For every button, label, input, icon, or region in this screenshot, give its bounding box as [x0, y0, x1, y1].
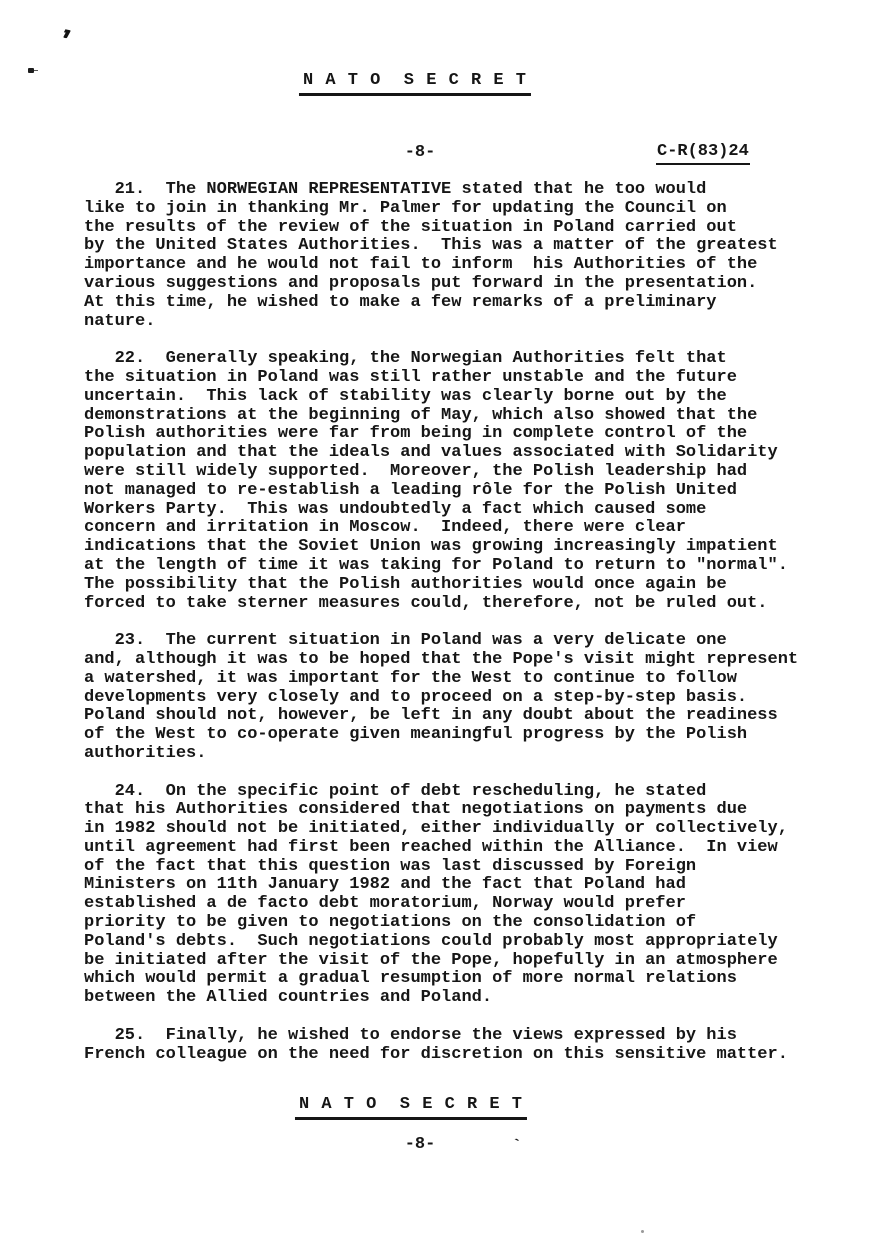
paragraph-24: 24. On the specific point of debt resche… [84, 783, 854, 1009]
document-reference: C-R(83)24 [656, 143, 750, 165]
document-body: 21. The NORWEGIAN REPRESENTATIVE stated … [84, 181, 854, 1083]
paragraph-23: 23. The current situation in Poland was … [84, 632, 854, 764]
stray-pen-mark: ` [512, 1137, 524, 1154]
ink-speck [63, 30, 71, 39]
ink-speck [641, 1230, 644, 1233]
paragraph-25: 25. Finally, he wished to endorse the vi… [84, 1027, 854, 1065]
classification-header: N A T O S E C R E T [299, 72, 531, 96]
page-number-top: -8- [405, 144, 436, 161]
document-page: N A T O S E C R E T -8- C-R(83)24 21. Th… [0, 0, 878, 1253]
paragraph-22: 22. Generally speaking, the Norwegian Au… [84, 350, 854, 613]
ink-speck [28, 68, 34, 73]
page-number-bottom: -8- [405, 1136, 436, 1153]
classification-footer: N A T O S E C R E T [295, 1096, 527, 1120]
paragraph-21: 21. The NORWEGIAN REPRESENTATIVE stated … [84, 181, 854, 331]
